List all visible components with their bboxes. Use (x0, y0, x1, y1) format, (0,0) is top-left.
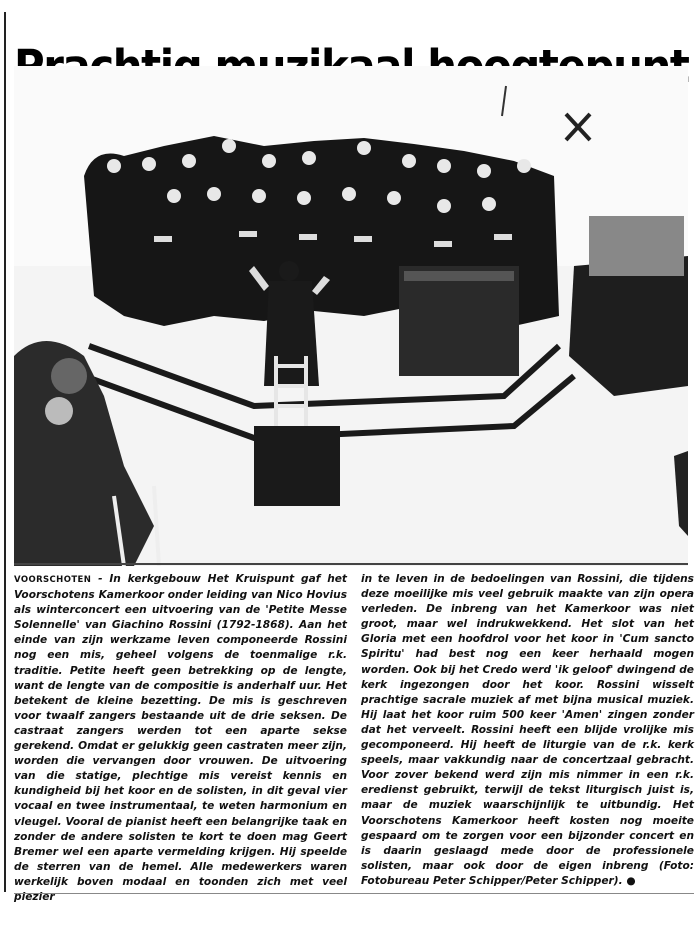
end-mark-icon: ● (623, 875, 636, 887)
column-2-text: in te leven in de bedoelingen van Rossin… (361, 573, 694, 887)
bottom-rule (14, 893, 694, 894)
article-column-1: VOORSCHOTEN - In kerkgebouw Het Kruispun… (14, 572, 347, 905)
article-body: VOORSCHOTEN - In kerkgebouw Het Kruispun… (14, 572, 694, 905)
dateline-separator: - (91, 573, 109, 585)
article-photo (14, 66, 688, 566)
article-column-2: in te leven in de bedoelingen van Rossin… (361, 572, 694, 905)
left-margin-rule (4, 12, 6, 892)
dateline: VOORSCHOTEN (14, 575, 91, 585)
column-1-text: In kerkgebouw Het Kruispunt gaf het Voor… (14, 573, 347, 903)
choir-photo-illustration (14, 66, 688, 566)
